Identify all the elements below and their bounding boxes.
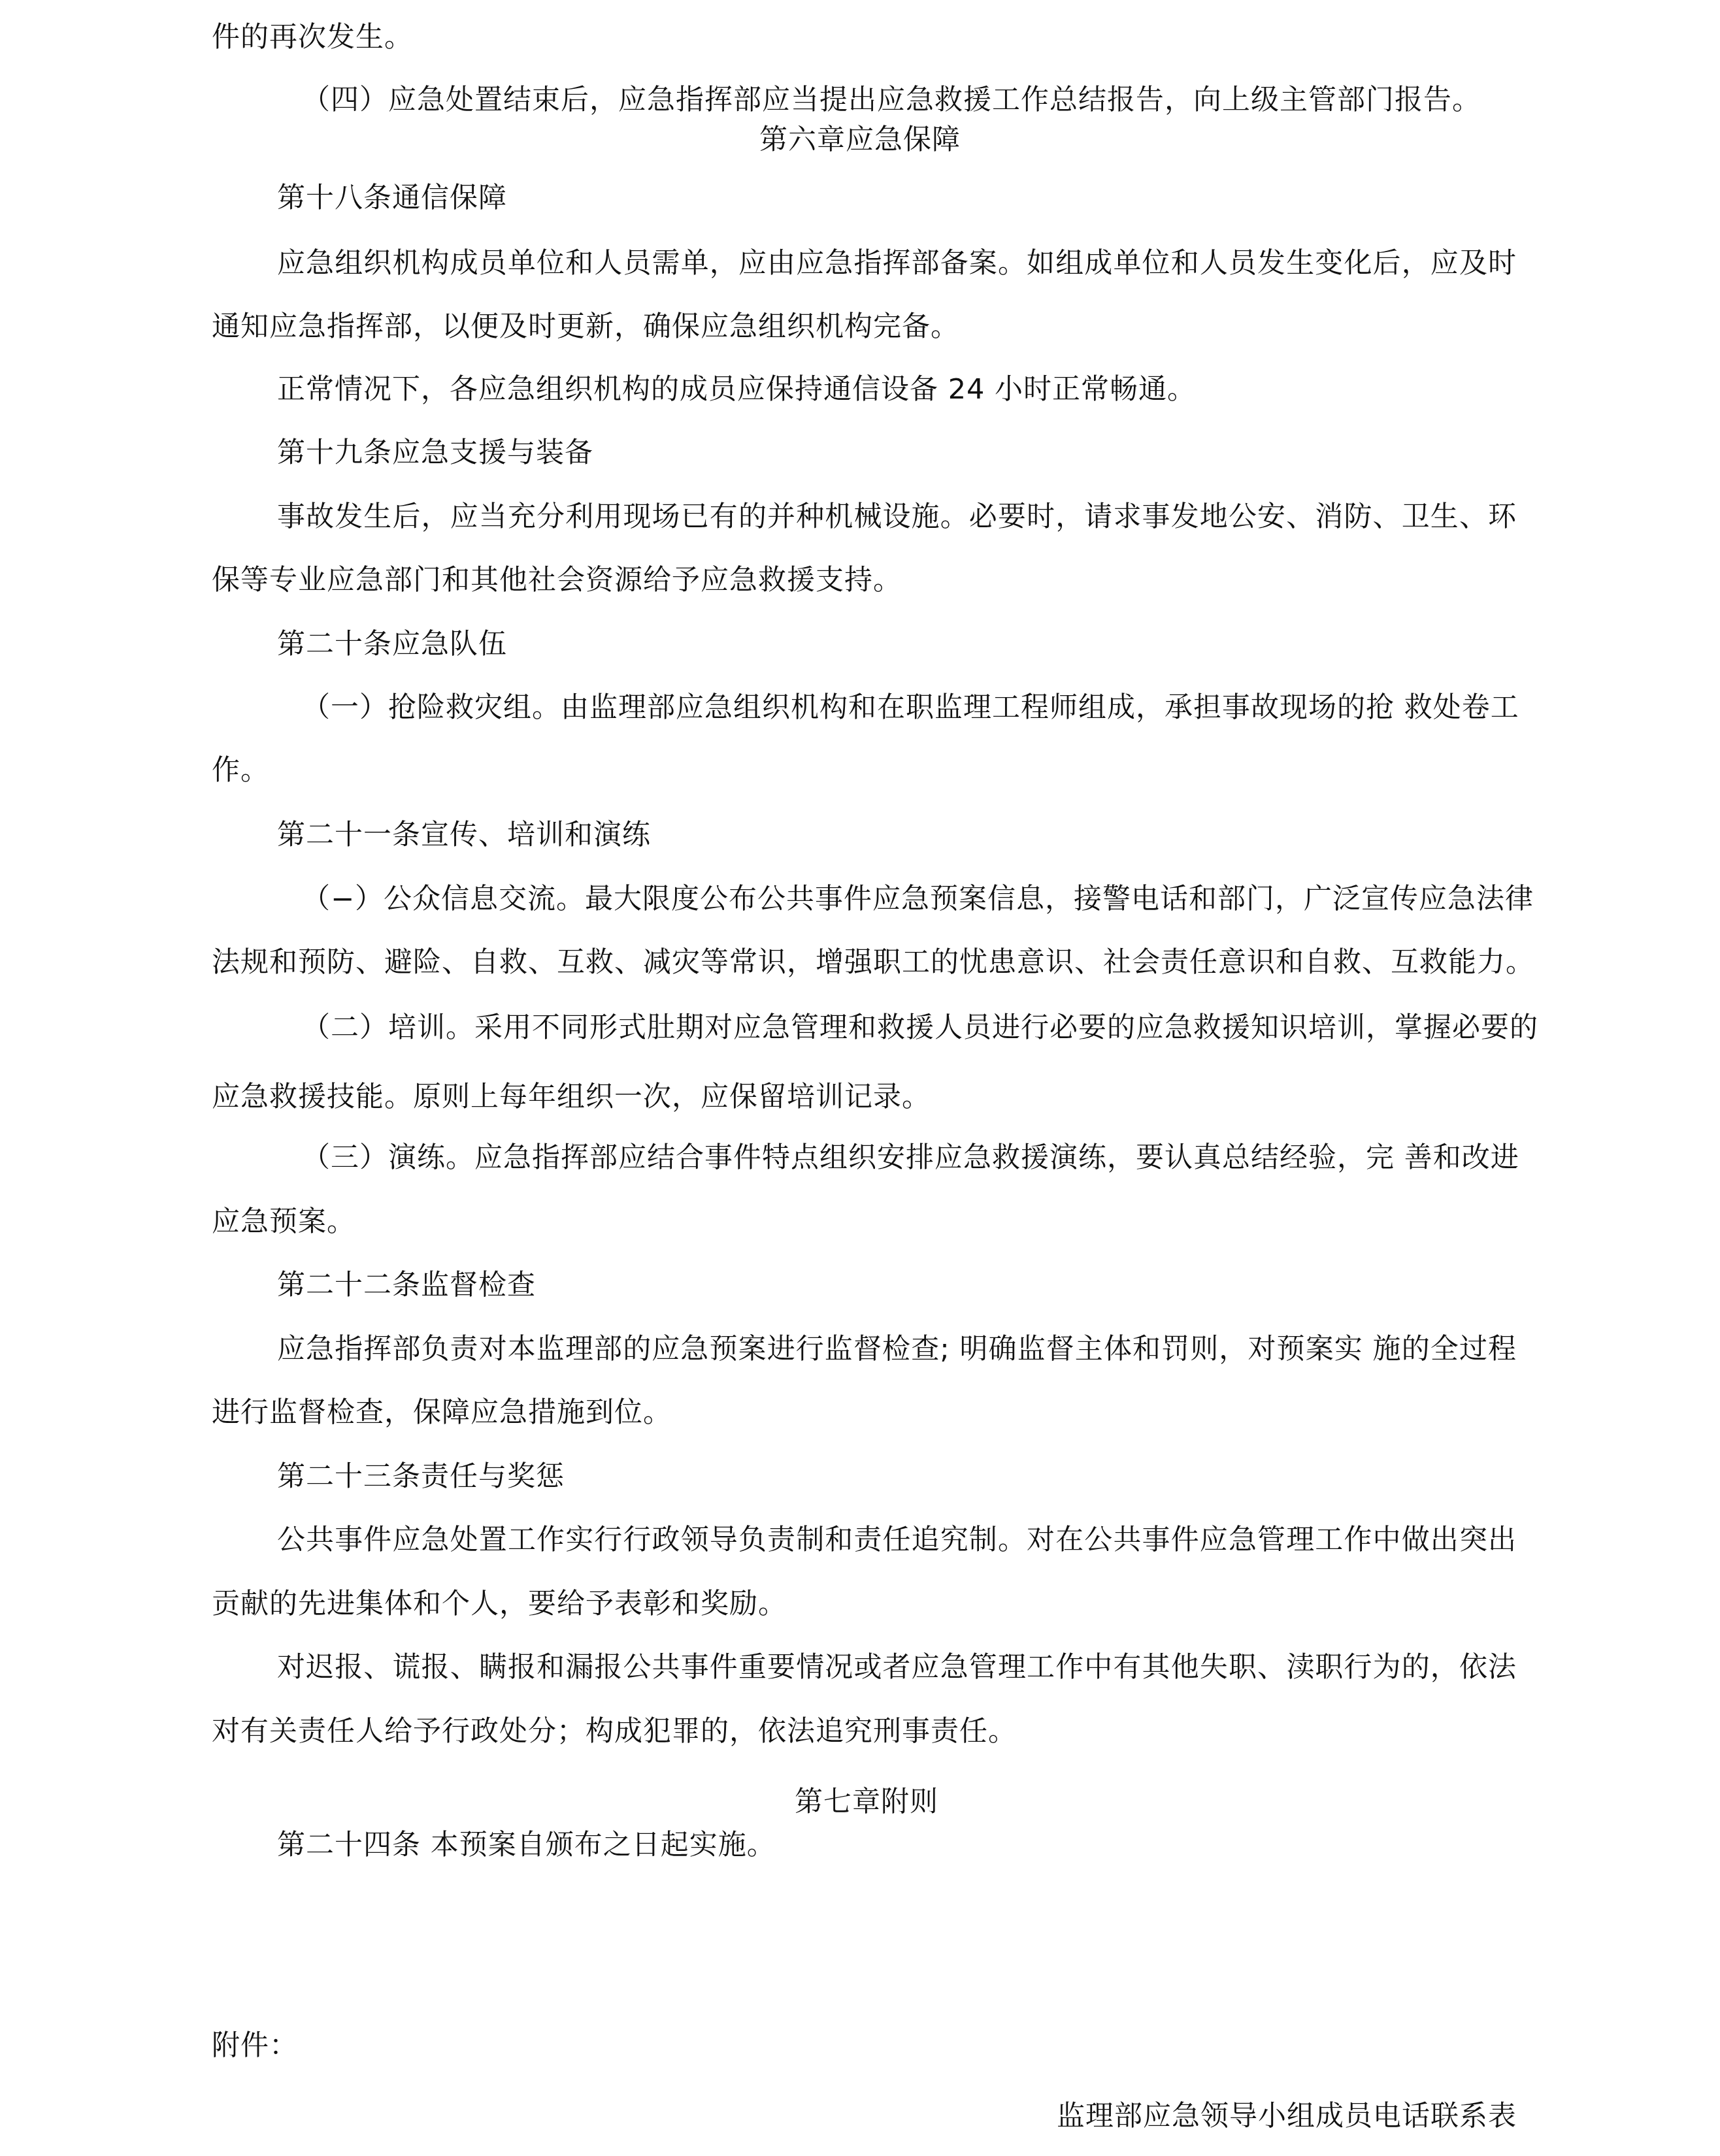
attachment-label: 附件： [212,2027,298,2064]
article-heading-20: 第二十条应急队伍 [277,626,507,662]
paragraph-line: 应急救援技能。原则上每年组织一次，应保留培训记录。 [212,1079,931,1115]
chapter-heading-7: 第七章附则 [0,1784,1720,1820]
paragraph-line: 正常情况下，各应急组织机构的成员应保持通信设备 24 小时正常畅通。 [277,371,1196,408]
chapter-heading-6: 第六章应急保障 [0,122,1720,158]
paragraph-continuation: 件的再次发生。 [212,19,413,56]
attachment-title: 监理部应急领导小组成员电话联系表 [1057,2098,1517,2134]
paragraph-line: 对迟报、谎报、瞒报和漏报公共事件重要情况或者应急管理工作中有其他失职、渎职行为的… [277,1649,1517,1686]
paragraph-line: （二）培训。采用不同形式肚期对应急管理和救援人员进行必要的应急救援知识培训，掌握… [302,1009,1517,1046]
article-heading-21: 第二十一条宣传、培训和演练 [277,817,651,853]
article-heading-19: 第十九条应急支援与装备 [277,434,593,471]
paragraph-line: 应急指挥部负责对本监理部的应急预案进行监督检查; 明确监督主体和罚则，对预案实 … [277,1331,1517,1367]
paragraph-line: （三）演练。应急指挥部应结合事件特点组织安排应急救援演练，要认真总结经验，完 善… [302,1139,1517,1176]
article-heading-18: 第十八条通信保障 [277,180,507,216]
paragraph-line: 作。 [212,752,269,789]
paragraph-line: 应急组织机构成员单位和人员需单，应由应急指挥部备案。如组成单位和人员发生变化后，… [277,245,1517,282]
paragraph-line: 公共事件应急处置工作实行行政领导负责制和责任追究制。对在公共事件应急管理工作中做… [277,1522,1517,1558]
paragraph-line: （−）公众信息交流。最大限度公布公共事件应急预案信息，接警电话和部门，广泛宣传应… [302,881,1517,917]
paragraph-line: 通知应急指挥部，以便及时更新，确保应急组织机构完备。 [212,308,959,345]
article-heading-24: 第二十四条 本预案自颁布之日起实施。 [277,1827,776,1863]
paragraph-line: （一）抢险救灾组。由监理部应急组织机构和在职监理工程师组成，承担事故现场的抢 救… [302,689,1517,726]
paragraph-line: 保等专业应急部门和其他社会资源给予应急救援支持。 [212,562,902,598]
paragraph-line: 法规和预防、避险、自救、互救、减灾等常识，增强职工的忧患意识、社会责任意识和自救… [212,944,1517,981]
paragraph-item-4: （四）应急处置结束后，应急指挥部应当提出应急救援工作总结报告，向上级主管部门报告… [302,82,1481,118]
paragraph-line: 事故发生后，应当充分利用现场已有的并种机械设施。必要时，请求事发地公安、消防、卫… [277,498,1517,535]
article-heading-22: 第二十二条监督检查 [277,1267,536,1303]
article-heading-23: 第二十三条责任与奖惩 [277,1458,565,1495]
paragraph-line: 应急预案。 [212,1203,356,1240]
paragraph-line: 贡献的先进集体和个人，要给予表彰和奖励。 [212,1586,787,1622]
paragraph-line: 对有关责任人给予行政处分；构成犯罪的，依法追究刑事责任。 [212,1713,1017,1750]
paragraph-line: 进行监督检查，保障应急措施到位。 [212,1394,672,1431]
